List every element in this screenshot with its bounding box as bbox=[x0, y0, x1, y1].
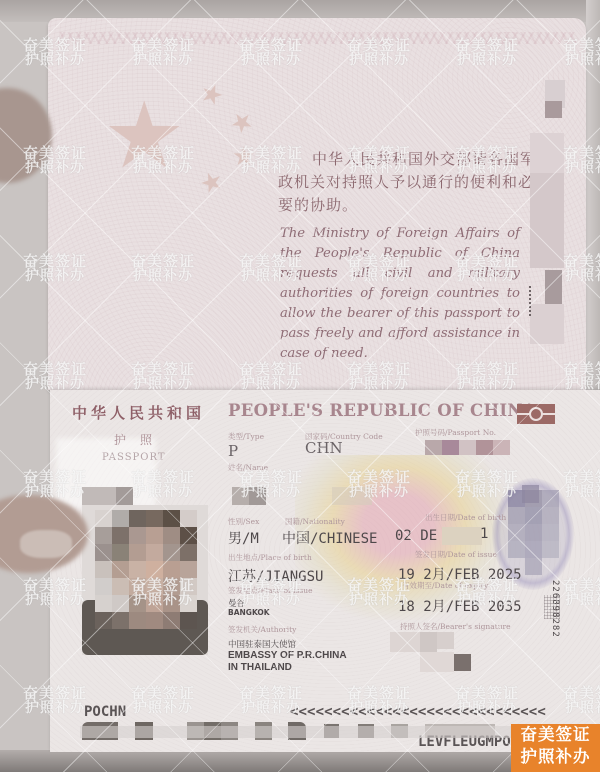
e-passport-chip-icon bbox=[517, 404, 555, 424]
redaction-block bbox=[95, 612, 112, 629]
redaction-block bbox=[542, 524, 559, 541]
redaction-block bbox=[180, 527, 197, 544]
passport-no-label: 护照号码/Passport No. bbox=[415, 427, 496, 438]
redaction-block bbox=[163, 612, 180, 629]
authority-value-en-2: IN THAILAND bbox=[228, 662, 292, 673]
country-code-value: CHN bbox=[305, 439, 343, 457]
date-of-issue-label: 签发日期/Date of issue bbox=[415, 549, 497, 560]
redaction-block bbox=[95, 578, 112, 595]
redaction-block bbox=[112, 527, 129, 544]
nationality-label: 国籍/Nationality bbox=[285, 516, 345, 527]
type-value: P bbox=[228, 442, 238, 460]
observation-en-line: allow the bearer of this passport to bbox=[280, 306, 520, 321]
redaction-block bbox=[129, 578, 146, 595]
redaction-block bbox=[530, 173, 564, 268]
redaction-block bbox=[112, 510, 129, 527]
redaction-block bbox=[163, 561, 180, 578]
small-star-icon: ★ bbox=[232, 144, 255, 170]
observation-en-line: pass freely and afford assistance in bbox=[280, 326, 520, 341]
corner-watermark-badge: 奋美签证 护照补办 bbox=[511, 724, 600, 772]
header-country-en: PEOPLE'S REPUBLIC OF CHINA bbox=[228, 401, 536, 420]
backdrop-right bbox=[586, 0, 600, 390]
redaction-block bbox=[129, 595, 146, 612]
redaction-block bbox=[508, 524, 525, 541]
redaction-block bbox=[545, 270, 562, 304]
redaction-block bbox=[542, 541, 559, 558]
small-star-icon: ★ bbox=[196, 79, 227, 111]
redaction-block bbox=[112, 561, 129, 578]
redaction-block bbox=[146, 612, 163, 629]
redaction-block bbox=[129, 510, 146, 527]
authority-value-en: EMBASSY OF P.R.CHINA bbox=[228, 650, 347, 661]
large-star-icon: ★ bbox=[103, 90, 185, 182]
badge-line2: 护照补办 bbox=[511, 746, 600, 768]
redaction-block bbox=[163, 527, 180, 544]
observation-en-line: requests all civil and military bbox=[280, 266, 520, 281]
place-of-birth-value: 江苏/JIANGSU bbox=[228, 566, 323, 586]
redaction-block bbox=[442, 527, 482, 545]
redaction-block bbox=[180, 578, 197, 595]
sex-label: 性别/Sex bbox=[228, 516, 259, 527]
small-star-icon: ★ bbox=[224, 106, 259, 141]
redaction-block bbox=[525, 524, 542, 541]
redaction-block bbox=[146, 527, 163, 544]
name-label: 姓名/Name bbox=[228, 462, 268, 473]
thumbnail bbox=[20, 530, 72, 558]
authority-value-cn: 中国驻泰国大使馆 bbox=[228, 638, 296, 650]
redaction-block bbox=[163, 595, 180, 612]
vertical-serial-number: 226898282 bbox=[550, 580, 560, 638]
redaction-block bbox=[525, 507, 542, 524]
header-country-cn: 中华人民共和国 bbox=[72, 402, 205, 423]
observation-cn-line: 要的协助。 bbox=[278, 194, 358, 215]
observation-en-line: authorities of foreign countries to bbox=[280, 286, 520, 301]
redaction-block bbox=[180, 595, 197, 612]
redaction-block bbox=[525, 558, 542, 575]
passport-observations-page: ★ ★ ★ ★ ★ 中华人民共和国外交部请各国军 政机关对持照人予以通行的便利和… bbox=[48, 18, 586, 390]
redaction-block bbox=[95, 544, 112, 561]
redaction-block bbox=[95, 561, 112, 578]
mrz-line1-prefix: POCHN bbox=[84, 704, 126, 720]
document-title-cn: 护照 bbox=[114, 431, 166, 448]
redaction-block bbox=[542, 507, 559, 524]
redaction-block bbox=[545, 101, 562, 118]
date-of-birth-label: 出生日期/Date of birth bbox=[425, 512, 506, 523]
redaction-block bbox=[508, 507, 525, 524]
redaction-block bbox=[95, 527, 112, 544]
finger bbox=[0, 88, 52, 183]
place-of-issue-label: 签发地点/Place of issue bbox=[228, 585, 313, 596]
guilloche-border bbox=[58, 32, 576, 44]
redaction-dots bbox=[529, 286, 531, 316]
redaction-block bbox=[525, 541, 542, 558]
name-value-redacted bbox=[82, 485, 552, 507]
date-of-expiry-label: 有效期至/Date of expiry bbox=[402, 580, 488, 591]
date-of-birth-suffix: 1 bbox=[480, 526, 488, 542]
observation-cn-line: 中华人民共和国外交部请各国军 bbox=[312, 148, 520, 169]
date-of-expiry-value: 18 2月/FEB 2035 bbox=[398, 596, 522, 616]
document-title-en: PASSPORT bbox=[102, 452, 166, 463]
redaction-block bbox=[146, 595, 163, 612]
redaction-block bbox=[508, 541, 525, 558]
redaction-block bbox=[146, 578, 163, 595]
badge-line1: 奋美签证 bbox=[511, 724, 600, 746]
redaction-block bbox=[530, 133, 564, 173]
observation-cn-line: 政机关对持照人予以通行的便利和必 bbox=[278, 171, 520, 192]
small-star-icon: ★ bbox=[196, 167, 227, 199]
redaction-block bbox=[112, 595, 129, 612]
mrz-line1-filler: <<<<<<<<<<<<<<<<<<<<<<<<<<<<<< bbox=[290, 704, 546, 720]
date-of-birth-value: 02 DE bbox=[395, 528, 437, 544]
authority-label: 签发机关/Authority bbox=[228, 624, 296, 635]
redaction-block bbox=[146, 544, 163, 561]
redaction-block bbox=[129, 527, 146, 544]
redaction-block bbox=[112, 612, 129, 629]
observation-en-line: case of need. bbox=[280, 346, 520, 361]
type-label: 类型/Type bbox=[228, 431, 264, 442]
redaction-block bbox=[129, 561, 146, 578]
signature-redacted bbox=[390, 632, 480, 674]
holder-photo-redacted bbox=[82, 505, 208, 655]
redaction-block bbox=[163, 544, 180, 561]
nationality-value: 中国/CHINESE bbox=[282, 528, 377, 548]
redaction-block bbox=[95, 510, 112, 527]
passport-data-page: 中华人民共和国 PEOPLE'S REPUBLIC OF CHINA 护照 PA… bbox=[50, 390, 600, 752]
redaction-block bbox=[112, 578, 129, 595]
redaction-block bbox=[180, 510, 197, 527]
redaction-block bbox=[180, 561, 197, 578]
redaction-block bbox=[530, 304, 564, 344]
redaction-block bbox=[146, 510, 163, 527]
redaction-block bbox=[180, 612, 197, 629]
redaction-block bbox=[129, 544, 146, 561]
signature-label: 持照人签名/Bearer's signature bbox=[400, 621, 511, 632]
place-of-issue-value-en: BANGKOK bbox=[228, 608, 270, 617]
passport-no-value-redacted bbox=[425, 440, 520, 457]
redaction-block bbox=[112, 544, 129, 561]
redaction-block bbox=[163, 578, 180, 595]
redaction-block bbox=[180, 544, 197, 561]
redaction-block bbox=[163, 510, 180, 527]
observation-en-line: the People's Republic of China bbox=[280, 246, 520, 261]
backdrop-bottom bbox=[0, 750, 600, 772]
redaction-block bbox=[146, 561, 163, 578]
mrz-veil bbox=[80, 726, 520, 738]
redaction-block bbox=[95, 595, 112, 612]
redaction-block bbox=[129, 612, 146, 629]
place-of-birth-label: 出生地点/Place of birth bbox=[228, 552, 312, 563]
observation-en-line: The Ministry of Foreign Affairs of bbox=[280, 226, 520, 241]
sex-value: 男/M bbox=[228, 528, 259, 548]
